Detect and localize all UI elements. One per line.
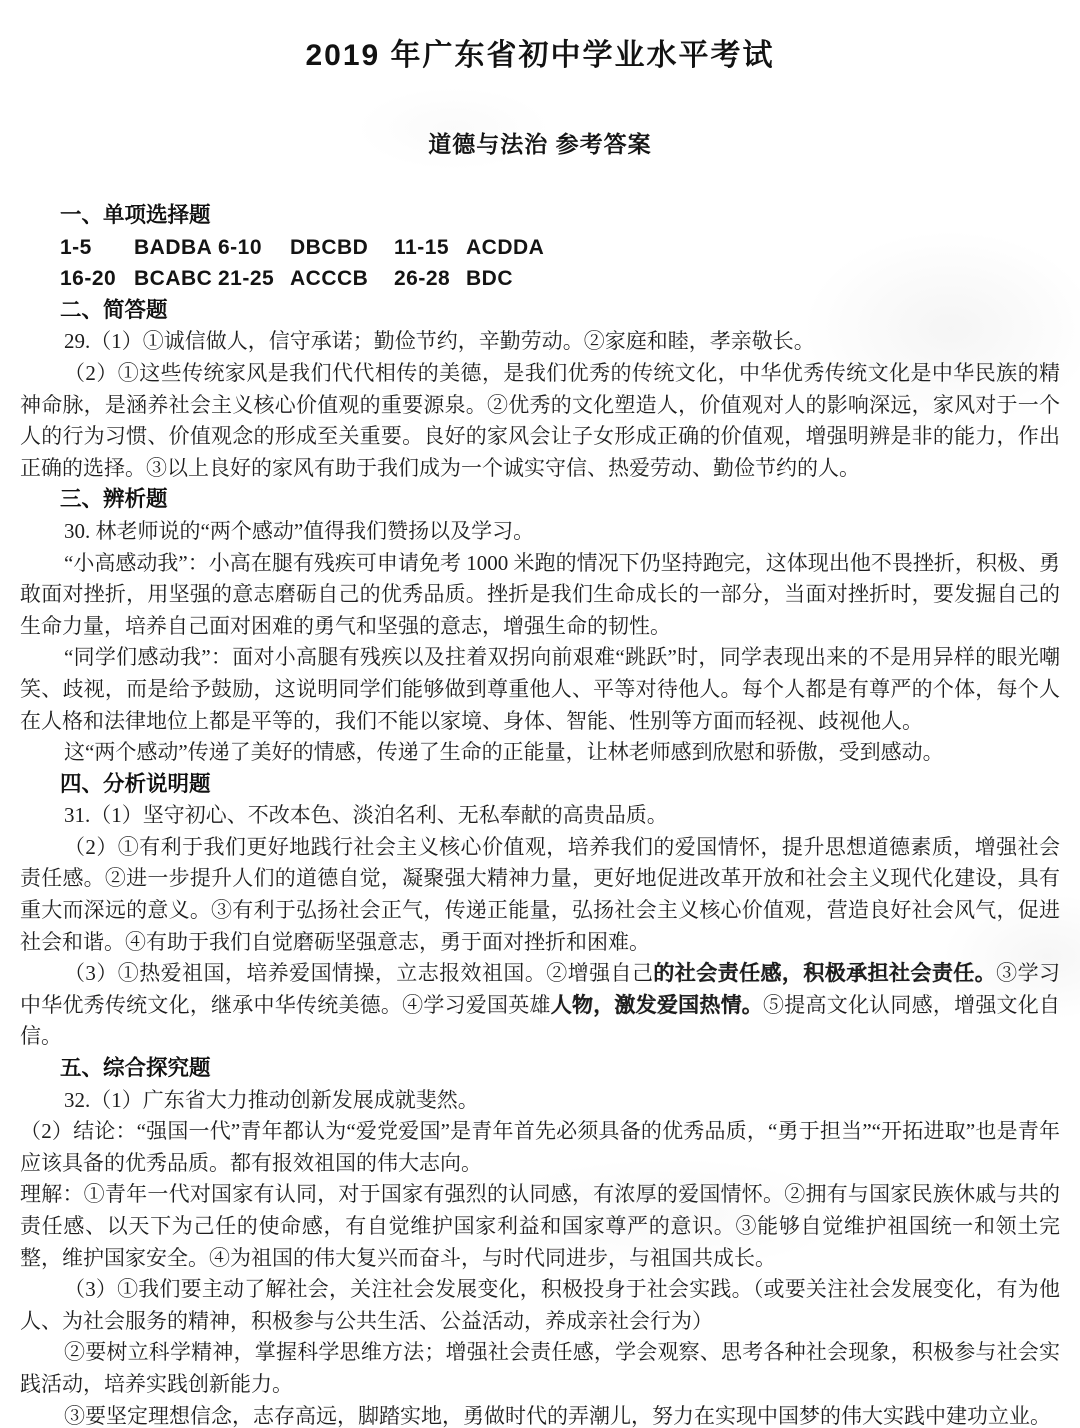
answer-paragraph-q32-2-conclusion: （2）结论：“强国一代”青年都认为“爱党爱国”是青年首先必须具备的优秀品质，“勇… [20,1116,1060,1179]
section-heading-multiple-choice: 一、单项选择题 [20,200,1060,232]
answer-text-segment-heavy-ink: 人物，激发爱国热情。 [551,993,763,1017]
answer-text-segment-heavy-ink: 的社会责任感，积极承担社会责任。 [653,961,996,985]
section-heading-analysis-explanation: 四、分析说明题 [20,769,1060,801]
mcq-answers-row-2: 16-20 BCABC 21-25 ACCCB 26-28 BDC [20,263,1060,295]
mcq-answer-range: 16-20 [60,263,134,295]
answer-paragraph-q29-1: 29.（1）①诚信做人，信守承诺；勤俭节约，辛勤劳动。②家庭和睦，孝亲敬长。 [20,326,1060,358]
answer-paragraph-q30-conclusion: 这“两个感动”传递了美好的情感，传递了生命的正能量，让林老师感到欣慰和骄傲，受到… [20,737,1060,769]
mcq-answer-range: 21-25 [218,263,290,295]
mcq-answer-range: 1-5 [60,232,134,264]
mcq-answer-letters: ACDDA [466,232,1060,264]
document-subtitle: 道德与法治 参考答案 [20,128,1060,160]
answer-paragraph-q31-3: （3）①热爱祖国，培养爱国情操，立志报效祖国。②增强自己的社会责任感，积极承担社… [20,958,1060,1053]
mcq-answer-range: 26-28 [394,263,466,295]
exam-answer-sheet-page: 2019 年广东省初中学业水平考试 道德与法治 参考答案 一、单项选择题 1-5… [0,0,1080,1428]
mcq-answer-letters: BCABC [134,263,218,295]
document-body: 一、单项选择题 1-5 BADBA 6-10 DBCBD 11-15 ACDDA… [20,200,1060,1428]
mcq-answer-letters: BADBA [134,232,218,264]
answer-paragraph-q29-2: （2）①这些传统家风是我们代代相传的美德，是我们优秀的传统文化，中华优秀传统文化… [20,358,1060,484]
mcq-answer-range: 6-10 [218,232,290,264]
answer-paragraph-q30-point1: “小高感动我”：小高在腿有残疾可申请免考 1000 米跑的情况下仍坚持跑完，这体… [20,548,1060,643]
document-title: 2019 年广东省初中学业水平考试 [20,0,1060,76]
answer-text-segment: （3）①热爱祖国，培养爱国情操，立志报效祖国。②增强自己 [64,961,653,985]
section-heading-comprehensive-inquiry: 五、综合探究题 [20,1053,1060,1085]
answer-paragraph-q30-intro: 30. 林老师说的“两个感动”值得我们赞扬以及学习。 [20,516,1060,548]
answer-paragraph-q32-3-point3: ③要坚定理想信念，志存高远，脚踏实地，勇做时代的弄潮儿，努力在实现中国梦的伟大实… [20,1401,1060,1428]
answer-paragraph-q31-1: 31.（1）坚守初心、不改本色、淡泊名利、无私奉献的高贵品质。 [20,800,1060,832]
answer-paragraph-q32-2-understanding: 理解：①青年一代对国家有认同，对于国家有强烈的认同感，有浓厚的爱国情怀。②拥有与… [20,1179,1060,1274]
mcq-answer-letters: DBCBD [290,232,394,264]
section-heading-analysis-judgment: 三、辨析题 [20,484,1060,516]
mcq-answers-row-1: 1-5 BADBA 6-10 DBCBD 11-15 ACDDA [20,232,1060,264]
mcq-answer-range: 11-15 [394,232,466,264]
answer-paragraph-q32-3-point1: （3）①我们要主动了解社会，关注社会发展变化，积极投身于社会实践。（或要关注社会… [20,1274,1060,1337]
answer-paragraph-q31-2: （2）①有利于我们更好地践行社会主义核心价值观，培养我们的爱国情怀，提升思想道德… [20,832,1060,958]
answer-paragraph-q32-3-point2: ②要树立科学精神，掌握科学思维方法；增强社会责任感，学会观察、思考各种社会现象，… [20,1337,1060,1400]
answer-paragraph-q32-1: 32.（1）广东省大力推动创新发展成就斐然。 [20,1085,1060,1117]
mcq-answer-letters: BDC [466,263,1060,295]
answer-paragraph-q30-point2: “同学们感动我”：面对小高腿有残疾以及拄着双拐向前艰难“跳跃”时，同学表现出来的… [20,642,1060,737]
section-heading-short-answer: 二、简答题 [20,295,1060,327]
mcq-answer-letters: ACCCB [290,263,394,295]
